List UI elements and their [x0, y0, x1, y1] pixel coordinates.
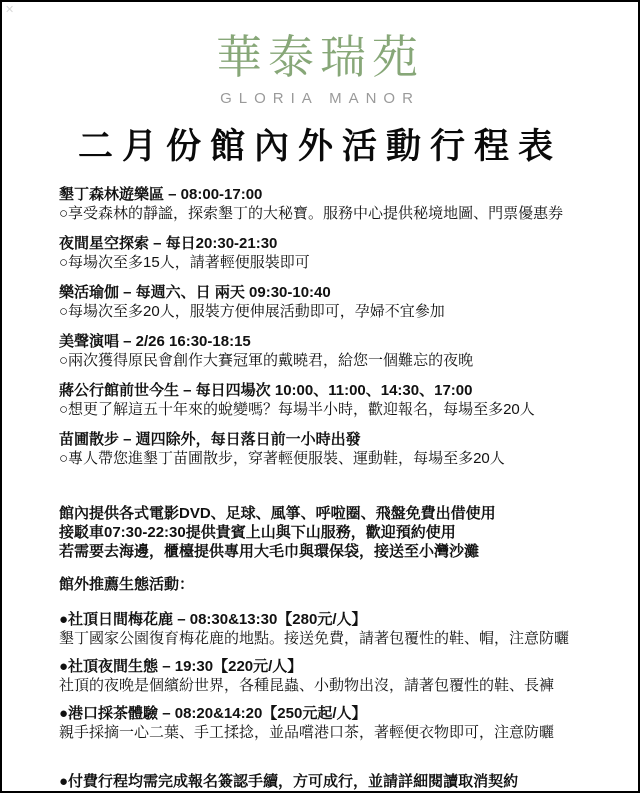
activity-section-nursery-walk: 苗圃散步 – 週四除外，每日落日前一小時出發 ○專人帶您進墾丁苗圃散步，穿著輕便… [59, 430, 581, 468]
service-line: 館內提供各式電影DVD、足球、風箏、呼啦圈、飛盤免費出借使用 [59, 504, 581, 523]
hotel-logo-chinese: 華泰瑞苑 [2, 26, 638, 88]
broken-image-icon: ✕ [5, 5, 14, 16]
activity-title: 美聲演唱 – 2/26 16:30-18:15 [59, 332, 581, 351]
activity-section-mansion-tour: 蔣公行館前世今生 – 每日四場次 10:00、11:00、14:30、17:00… [59, 381, 581, 419]
service-line: 接駁車07:30-22:30提供貴賓上山與下山服務，歡迎預約使用 [59, 523, 581, 542]
outdoor-activities-header: 館外推薦生態活動： [59, 575, 581, 594]
activity-desc: ○專人帶您進墾丁苗圃散步，穿著輕便服裝、運動鞋，每場至多20人 [59, 449, 581, 468]
activity-section-yoga: 樂活瑜伽 – 每週六、日 兩天 09:30-10:40 ○每場次至多20人，服裝… [59, 283, 581, 321]
activity-desc: ○每場次至多20人，服裝方便伸展活動即可，孕婦不宜參加 [59, 302, 581, 321]
activity-title: 蔣公行館前世今生 – 每日四場次 10:00、11:00、14:30、17:00 [59, 381, 581, 400]
service-line: 若需要去海邊，櫃檯提供專用大毛巾與環保袋，接送至小灣沙灘 [59, 542, 581, 561]
activity-section-stargazing: 夜間星空探索 – 每日20:30-21:30 ○每場次至多15人，請著輕便服裝即… [59, 234, 581, 272]
hotel-services-block: 館內提供各式電影DVD、足球、風箏、呼啦圈、飛盤免費出借使用 接駁車07:30-… [59, 504, 581, 561]
activity-schedule-page: ✕ 華泰瑞苑 GLORIA MANOR 二月份館內外活動行程表 墾丁森林遊樂區 … [0, 0, 640, 793]
activity-title: 樂活瑜伽 – 每週六、日 兩天 09:30-10:40 [59, 283, 581, 302]
outdoor-activity-sika-deer-day: ●社頂日間梅花鹿 – 08:30&13:30【280元/人】 墾丁國家公園復育梅… [59, 610, 581, 648]
activity-section-forest: 墾丁森林遊樂區 – 08:00-17:00 ○享受森林的靜謐，探索墾丁的大秘寶。… [59, 185, 581, 223]
schedule-content: 墾丁森林遊樂區 – 08:00-17:00 ○享受森林的靜謐，探索墾丁的大秘寶。… [2, 185, 638, 791]
activity-section-concert: 美聲演唱 – 2/26 16:30-18:15 ○兩次獲得原民會創作大賽冠軍的戴… [59, 332, 581, 370]
hotel-logo-english: GLORIA MANOR [2, 90, 638, 107]
activity-title: 夜間星空探索 – 每日20:30-21:30 [59, 234, 581, 253]
activity-title: ●社頂夜間生態 – 19:30【220元/人】 [59, 657, 581, 676]
outdoor-activity-tea-picking: ●港口採茶體驗 – 08:20&14:20【250元起/人】 親手採摘一心二葉、… [59, 704, 581, 742]
activity-title: ●港口採茶體驗 – 08:20&14:20【250元起/人】 [59, 704, 581, 723]
page-title: 二月份館內外活動行程表 [2, 119, 638, 169]
activity-desc: ○兩次獲得原民會創作大賽冠軍的戴曉君，給您一個難忘的夜晚 [59, 351, 581, 370]
activity-title: ●社頂日間梅花鹿 – 08:30&13:30【280元/人】 [59, 610, 581, 629]
activity-desc: ○想更了解這五十年來的蛻變嗎？每場半小時，歡迎報名，每場至多20人 [59, 400, 581, 419]
activity-desc: 墾丁國家公園復育梅花鹿的地點。接送免費，請著包覆性的鞋、帽，注意防曬 [59, 629, 581, 648]
outdoor-activity-night-ecology: ●社頂夜間生態 – 19:30【220元/人】 社頂的夜晚是個繽紛世界，各種昆蟲… [59, 657, 581, 695]
activity-desc: ○每場次至多15人，請著輕便服裝即可 [59, 253, 581, 272]
payment-policy-note: ●付費行程均需完成報名簽認手續，方可成行，並請詳細閱讀取消契約 [59, 772, 581, 791]
activity-desc: 社頂的夜晚是個繽紛世界，各種昆蟲、小動物出沒，請著包覆性的鞋、長褲 [59, 676, 581, 695]
activity-title: 墾丁森林遊樂區 – 08:00-17:00 [59, 185, 581, 204]
activity-desc: ○享受森林的靜謐，探索墾丁的大秘寶。服務中心提供秘境地圖、門票優惠券 [59, 204, 581, 223]
activity-title: 苗圃散步 – 週四除外，每日落日前一小時出發 [59, 430, 581, 449]
activity-desc: 親手採摘一心二葉、手工揉捻，並品嚐港口茶，著輕便衣物即可，注意防曬 [59, 723, 581, 742]
